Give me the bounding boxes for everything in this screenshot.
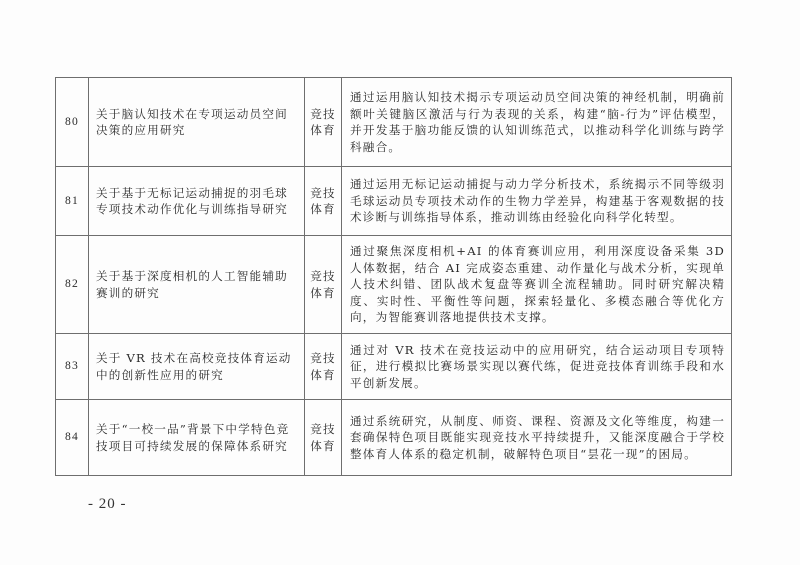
project-description: 通过运用无标记运动捕捉与动力学分析技术，系统揭示不同等级羽毛球运动员专项技术动作… xyxy=(342,167,732,236)
project-title: 关于“一校一品”背景下中学特色竞技项目可持续发展的保障体系研究 xyxy=(89,400,305,476)
table-row: 82 关于基于深度相机的人工智能辅助赛训的研究 竞技体育 通过聚焦深度相机+AI… xyxy=(56,236,732,334)
project-category: 竞技体育 xyxy=(305,78,342,167)
project-title: 关于脑认知技术在专项运动员空间决策的应用研究 xyxy=(89,78,305,167)
table-row: 84 关于“一校一品”背景下中学特色竞技项目可持续发展的保障体系研究 竞技体育 … xyxy=(56,400,732,476)
row-number: 80 xyxy=(56,78,89,167)
project-title: 关于基于无标记运动捕捉的羽毛球专项技术动作优化与训练指导研究 xyxy=(89,167,305,236)
document-page: 80 关于脑认知技术在专项运动员空间决策的应用研究 竞技体育 通过运用脑认知技术… xyxy=(0,0,800,565)
table-row: 80 关于脑认知技术在专项运动员空间决策的应用研究 竞技体育 通过运用脑认知技术… xyxy=(56,78,732,167)
project-description: 通过聚焦深度相机+AI 的体育赛训应用，利用深度设备采集 3D 人体数据，结合 … xyxy=(342,236,732,334)
table-row: 83 关于 VR 技术在高校竞技体育运动中的创新性应用的研究 竞技体育 通过对 … xyxy=(56,334,732,400)
project-description: 通过运用脑认知技术揭示专项运动员空间决策的神经机制，明确前额叶关键脑区激活与行为… xyxy=(342,78,732,167)
page-number: - 20 - xyxy=(88,496,127,513)
project-category: 竞技体育 xyxy=(305,167,342,236)
row-number: 82 xyxy=(56,236,89,334)
project-title: 关于 VR 技术在高校竞技体育运动中的创新性应用的研究 xyxy=(89,334,305,400)
project-category: 竞技体育 xyxy=(305,400,342,476)
research-topics-table: 80 关于脑认知技术在专项运动员空间决策的应用研究 竞技体育 通过运用脑认知技术… xyxy=(55,77,732,476)
project-category: 竞技体育 xyxy=(305,236,342,334)
row-number: 83 xyxy=(56,334,89,400)
row-number: 84 xyxy=(56,400,89,476)
project-title: 关于基于深度相机的人工智能辅助赛训的研究 xyxy=(89,236,305,334)
row-number: 81 xyxy=(56,167,89,236)
table-row: 81 关于基于无标记运动捕捉的羽毛球专项技术动作优化与训练指导研究 竞技体育 通… xyxy=(56,167,732,236)
project-category: 竞技体育 xyxy=(305,334,342,400)
project-description: 通过系统研究，从制度、师资、课程、资源及文化等维度，构建一套确保特色项目既能实现… xyxy=(342,400,732,476)
project-description: 通过对 VR 技术在竞技运动中的应用研究，结合运动项目专项特征，进行模拟比赛场景… xyxy=(342,334,732,400)
